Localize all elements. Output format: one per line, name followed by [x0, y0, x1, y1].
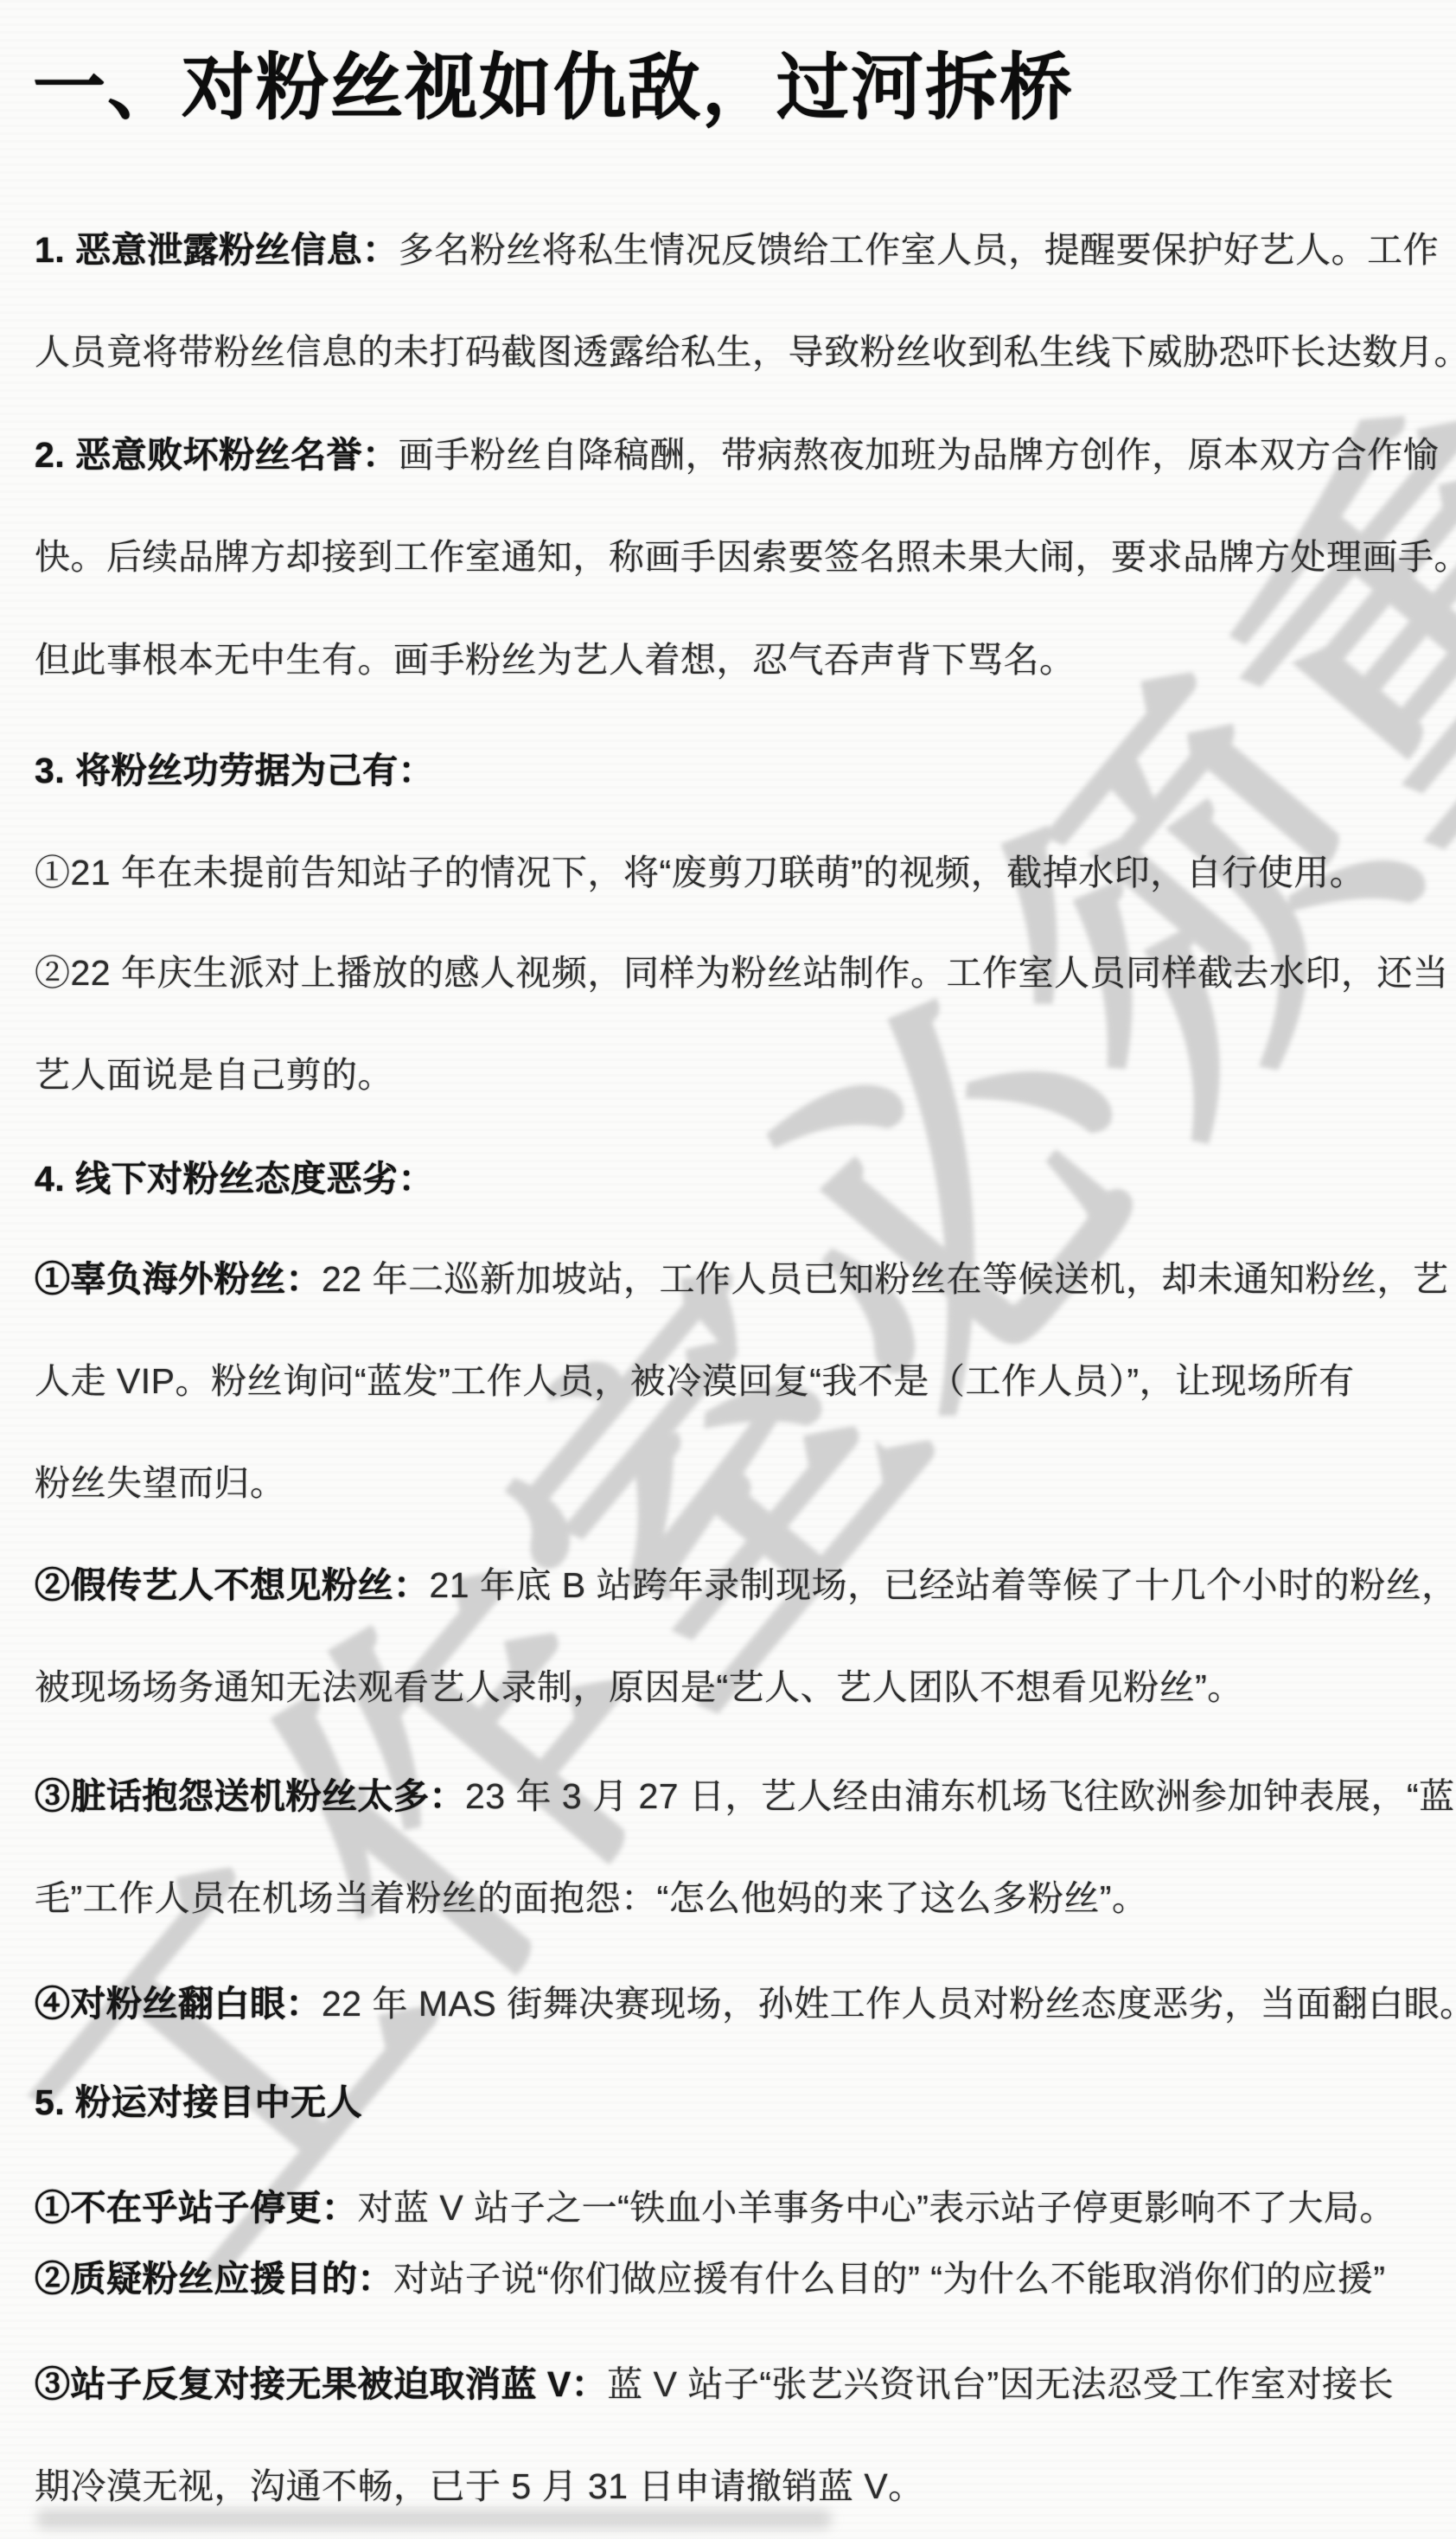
- paragraph-line: 快。后续品牌方却接到工作室通知，称画手因索要签名照未果大闹，要求品牌方处理画手。: [35, 537, 1456, 578]
- paragraph-line: ②质疑粉丝应援目的：对站子说“你们做应援有什么目的” “为什么不能取消你们的应援…: [35, 2259, 1386, 2299]
- line-text: 对蓝 V 站子之一“铁血小羊事务中心”表示站子停更影响不了大局。: [358, 2188, 1395, 2228]
- line-bold-prefix: ③脏话抱怨送机粉丝太多：: [35, 1776, 465, 1816]
- paragraph-line: 人走 VIP。粉丝询问“蓝发”工作人员，被冷漠回复“我不是（工作人员）”，让现场…: [35, 1361, 1355, 1402]
- line-text: 23 年 3 月 27 日，艺人经由浦东机场飞往欧洲参加钟表展，“蓝: [465, 1776, 1455, 1816]
- line-text: 多名粉丝将私生情况反馈给工作室人员，提醒要保护好艺人。工作: [399, 230, 1440, 270]
- line-bold-prefix: ④对粉丝翻白眼：: [35, 1984, 322, 2024]
- paragraph-line: 艺人面说是自己剪的。: [35, 1055, 393, 1096]
- paragraph-line: 被现场场务通知无法观看艺人录制，原因是“艺人、艺人团队不想看见粉丝”。: [35, 1667, 1243, 1708]
- line-bold-prefix: ③站子反复对接无果被迫取消蓝 V：: [35, 2364, 607, 2404]
- paragraph-line: ③站子反复对接无果被迫取消蓝 V：蓝 V 站子“张艺兴资讯台”因无法忍受工作室对…: [35, 2364, 1394, 2405]
- line-bold-prefix: 4. 线下对粉丝态度恶劣：: [35, 1159, 434, 1199]
- line-text: 被现场场务通知无法观看艺人录制，原因是“艺人、艺人团队不想看见粉丝”。: [35, 1667, 1243, 1707]
- paragraph-line: 1. 恶意泄露粉丝信息：多名粉丝将私生情况反馈给工作室人员，提醒要保护好艺人。工…: [35, 230, 1439, 271]
- document-body: 一、对粉丝视如仇敌，过河拆桥 1. 恶意泄露粉丝信息：多名粉丝将私生情况反馈给工…: [0, 0, 1456, 2539]
- paragraph-line: ①21 年在未提前告知站子的情况下，将“废剪刀联萌”的视频，截掉水印，自行使用。: [35, 853, 1365, 893]
- line-bold-prefix: 3. 将粉丝功劳据为己有：: [35, 751, 434, 790]
- line-text: 粉丝失望而归。: [35, 1463, 286, 1503]
- line-bold-prefix: 2. 恶意败坏粉丝名誉：: [35, 435, 399, 475]
- document-page: 工作室必须重组 一、对粉丝视如仇敌，过河拆桥 1. 恶意泄露粉丝信息：多名粉丝将…: [0, 0, 1456, 2539]
- paragraph-line: 但此事根本无中生有。画手粉丝为艺人着想，忍气吞声背下骂名。: [35, 640, 1076, 681]
- line-text: 期冷漠无视，沟通不畅，已于 5 月 31 日申请撤销蓝 V。: [35, 2466, 924, 2506]
- line-text: 艺人面说是自己剪的。: [35, 1055, 393, 1095]
- paragraph-line: ①不在乎站子停更：对蓝 V 站子之一“铁血小羊事务中心”表示站子停更影响不了大局…: [35, 2188, 1395, 2229]
- paragraph-line: 人员竟将带粉丝信息的未打码截图透露给私生，导致粉丝收到私生线下威胁恐吓长达数月。: [35, 332, 1456, 373]
- line-bold-prefix: ②质疑粉丝应援目的：: [35, 2259, 393, 2299]
- cutoff-text-artifact: [36, 2510, 832, 2529]
- line-text: 但此事根本无中生有。画手粉丝为艺人着想，忍气吞声背下骂名。: [35, 640, 1076, 680]
- paragraph-line: 粉丝失望而归。: [35, 1463, 286, 1504]
- paragraph-line: ④对粉丝翻白眼：22 年 MAS 街舞决赛现场，孙姓工作人员对粉丝态度恶劣，当面…: [35, 1984, 1456, 2024]
- line-text: 22 年 MAS 街舞决赛现场，孙姓工作人员对粉丝态度恶劣，当面翻白眼。: [322, 1984, 1456, 2024]
- line-text: ①21 年在未提前告知站子的情况下，将“废剪刀联萌”的视频，截掉水印，自行使用。: [35, 853, 1365, 892]
- line-text: 人走 VIP。粉丝询问“蓝发”工作人员，被冷漠回复“我不是（工作人员）”，让现场…: [35, 1361, 1355, 1401]
- line-bold-prefix: ②假传艺人不想见粉丝：: [35, 1565, 430, 1605]
- line-text: 画手粉丝自降稿酬，带病熬夜加班为品牌方创作，原本双方合作愉: [399, 435, 1440, 475]
- section-heading: 4. 线下对粉丝态度恶劣：: [35, 1159, 434, 1199]
- line-bold-prefix: 1. 恶意泄露粉丝信息：: [35, 230, 399, 270]
- section-heading: 3. 将粉丝功劳据为己有：: [35, 751, 434, 791]
- paragraph-line: 毛”工作人员在机场当着粉丝的面抱怨：“怎么他妈的来了这么多粉丝”。: [35, 1878, 1147, 1919]
- line-text: 蓝 V 站子“张艺兴资讯台”因无法忍受工作室对接长: [607, 2364, 1394, 2404]
- line-bold-prefix: ①辜负海外粉丝：: [35, 1259, 322, 1299]
- paragraph-line: 2. 恶意败坏粉丝名誉：画手粉丝自降稿酬，带病熬夜加班为品牌方创作，原本双方合作…: [35, 435, 1439, 476]
- line-text: 22 年二巡新加坡站，工作人员已知粉丝在等候送机，却未通知粉丝，艺: [322, 1259, 1449, 1299]
- line-bold-prefix: 5. 粉运对接目中无人: [35, 2082, 362, 2122]
- page-title: 一、对粉丝视如仇敌，过河拆桥: [33, 29, 1074, 134]
- line-text: 对站子说“你们做应援有什么目的” “为什么不能取消你们的应援”: [393, 2259, 1386, 2299]
- paragraph-line: ②假传艺人不想见粉丝：21 年底 B 站跨年录制现场，已经站着等候了十几个小时的…: [35, 1565, 1456, 1606]
- line-text: 快。后续品牌方却接到工作室通知，称画手因索要签名照未果大闹，要求品牌方处理画手。: [35, 537, 1456, 577]
- paragraph-line: ③脏话抱怨送机粉丝太多：23 年 3 月 27 日，艺人经由浦东机场飞往欧洲参加…: [35, 1776, 1455, 1817]
- line-text: 毛”工作人员在机场当着粉丝的面抱怨：“怎么他妈的来了这么多粉丝”。: [35, 1878, 1147, 1918]
- line-text: 人员竟将带粉丝信息的未打码截图透露给私生，导致粉丝收到私生线下威胁恐吓长达数月。: [35, 332, 1456, 372]
- line-text: 21 年底 B 站跨年录制现场，已经站着等候了十几个小时的粉丝，: [430, 1565, 1456, 1605]
- paragraph-line: ②22 年庆生派对上播放的感人视频，同样为粉丝站制作。工作室人员同样截去水印，还…: [35, 953, 1449, 994]
- paragraph-line: ①辜负海外粉丝：22 年二巡新加坡站，工作人员已知粉丝在等候送机，却未通知粉丝，…: [35, 1259, 1449, 1300]
- paragraph-line: 期冷漠无视，沟通不畅，已于 5 月 31 日申请撤销蓝 V。: [35, 2466, 924, 2507]
- line-bold-prefix: ①不在乎站子停更：: [35, 2188, 358, 2228]
- section-heading: 5. 粉运对接目中无人: [35, 2082, 362, 2123]
- line-text: ②22 年庆生派对上播放的感人视频，同样为粉丝站制作。工作室人员同样截去水印，还…: [35, 953, 1449, 993]
